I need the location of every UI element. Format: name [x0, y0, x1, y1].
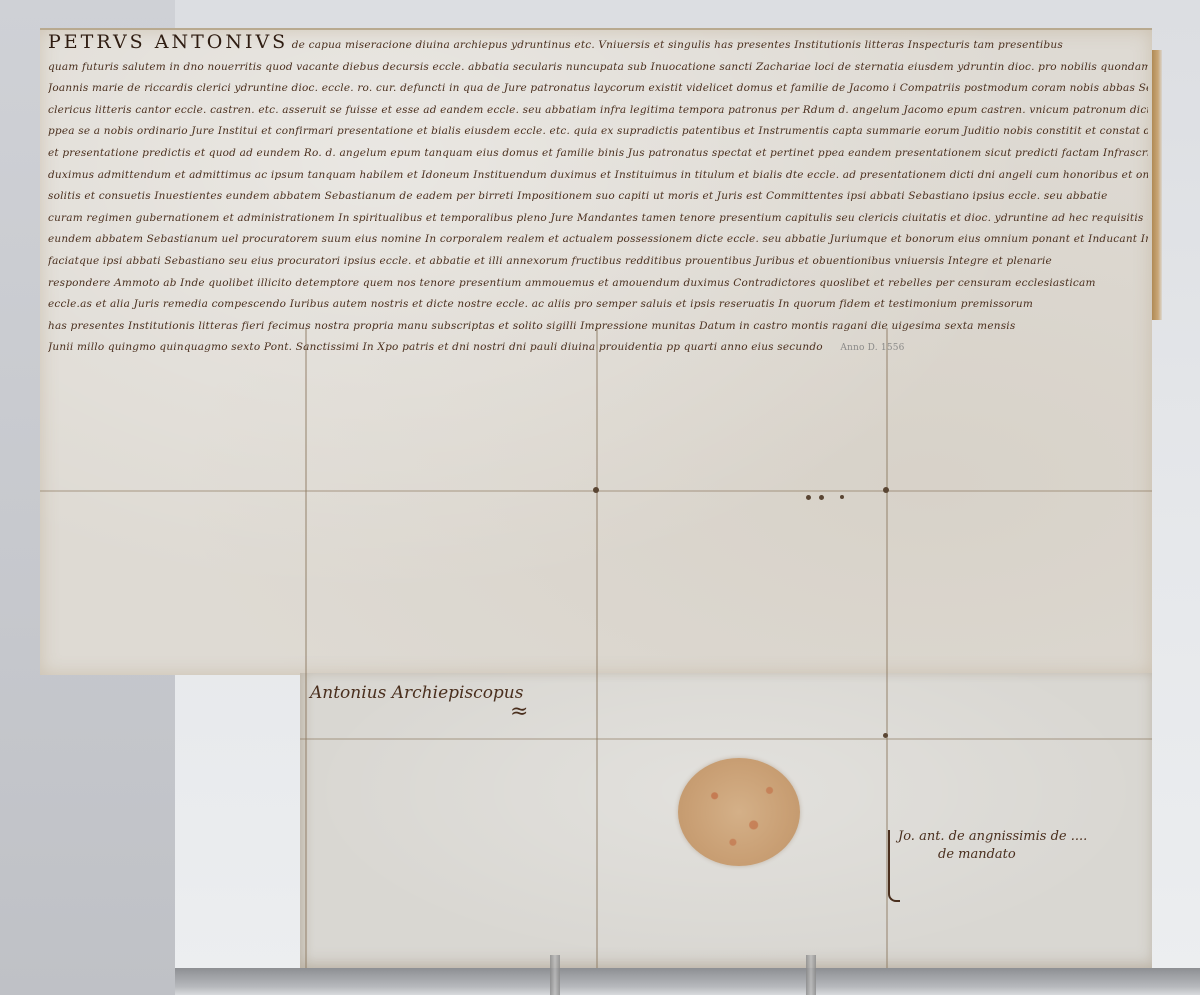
text-line: has presentes Institutionis litteras fie…: [48, 316, 1148, 338]
text-line: solitis et consuetis Inuestientes eundem…: [48, 186, 1148, 208]
text-line: Joannis marie de riccardis clerici ydrun…: [48, 78, 1148, 100]
signature-text: Antonius Archiepiscopus: [310, 683, 523, 703]
text-line: quam futuris salutem in dno nouerritis q…: [48, 57, 1148, 79]
charter-text: PETRVS ANTONIVS de capua miseracione diu…: [48, 32, 1148, 360]
text-line: de capua miseracione diuina archiepus yd…: [292, 39, 1063, 51]
text-line: Junii millo quingmo quinquagmo sexto Pon…: [48, 341, 823, 353]
heading-name: PETRVS ANTONIVS: [48, 32, 288, 53]
signature-flourish-icon: ≈: [510, 699, 528, 724]
display-stand-leg: [806, 955, 816, 995]
wormhole: [840, 495, 844, 499]
text-line: duximus admittendum et admittimus ac ips…: [48, 165, 1148, 187]
text-line-final: Junii millo quingmo quinquagmo sexto Pon…: [48, 337, 1148, 360]
text-line: respondere Ammoto ab Inde quolibet illic…: [48, 273, 1148, 295]
stained-edge: [1152, 50, 1162, 320]
wormhole: [883, 487, 889, 493]
signature-line-2: de mandato: [938, 846, 1087, 864]
wormhole: [593, 487, 599, 493]
text-line: clericus litteris cantor eccle. castren.…: [48, 100, 1148, 122]
text-line: ppea se a nobis ordinario Jure Institui …: [48, 121, 1148, 143]
first-line: PETRVS ANTONIVS de capua miseracione diu…: [48, 32, 1148, 57]
fold-line-horizontal: [300, 738, 1152, 740]
text-line: eundem abbatem Sebastianum uel procurato…: [48, 229, 1148, 251]
pencil-date-note: Anno D. 1556: [840, 343, 904, 353]
signature-line-1: Jo. ant. de angnissimis de ....: [898, 828, 1087, 846]
text-line: et presentatione predictis et quod ad eu…: [48, 143, 1148, 165]
text-line: faciatque ipsi abbati Sebastiano seu eiu…: [48, 251, 1148, 273]
wormhole: [819, 495, 824, 500]
parchment-document: PETRVS ANTONIVS de capua miseracione diu…: [40, 28, 1160, 968]
wax-seal: [678, 758, 800, 866]
fold-line-vertical: [305, 328, 307, 968]
wormhole: [806, 495, 811, 500]
text-line: eccle.as et alia Juris remedia compescen…: [48, 294, 1148, 316]
display-stand-leg: [550, 955, 560, 995]
text-line: curam regimen gubernationem et administr…: [48, 208, 1148, 230]
bracket-flourish-icon: [888, 830, 900, 902]
notary-signature: Jo. ant. de angnissimis de .... de manda…: [898, 828, 1087, 864]
fold-line-vertical: [596, 328, 598, 968]
archbishop-signature: Antonius Archiepiscopus ≈: [310, 683, 528, 724]
wormhole: [883, 733, 888, 738]
display-shelf: [175, 968, 1200, 995]
